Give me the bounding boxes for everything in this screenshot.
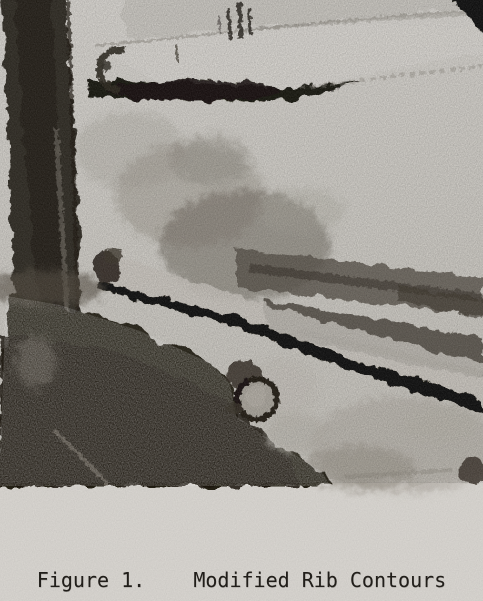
photo-grain [0,0,483,483]
document-page: Figure 1. Modified Rib Contours [0,0,483,601]
rib-contours-photo [0,0,483,601]
figure-caption: Figure 1. Modified Rib Contours [0,567,483,593]
